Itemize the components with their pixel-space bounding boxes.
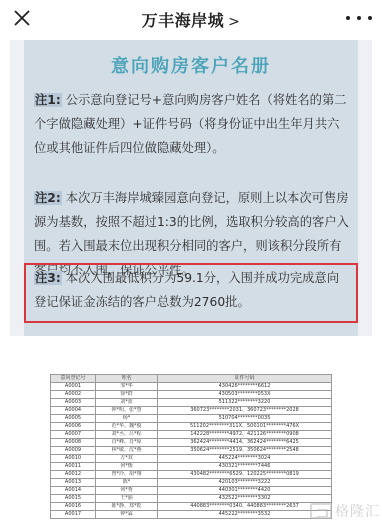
name-cell: 肖*峰、肖*琼	[96, 439, 158, 447]
more-dot-icon	[346, 16, 350, 20]
table-row: A0005杨*510704********0035	[51, 415, 332, 423]
note-text: 本次入围最低积分为59.1分，入围并成功完成意向登记保证金冻结的客户总数为276…	[34, 271, 339, 309]
note-label: 注1:	[34, 93, 62, 107]
table-row: A0002徐*群430503********053X	[51, 391, 332, 399]
more-dot-icon	[368, 16, 372, 20]
id-no-cell: 440883********0340、440883********2637	[158, 503, 332, 511]
chevron-right-icon: >	[228, 14, 240, 30]
name-cell: 钟*霖	[96, 511, 158, 519]
reg-no-cell: A0011	[51, 463, 96, 471]
id-no-cell: 511322********3220	[158, 399, 332, 407]
id-no-cell: 420103********3222	[158, 479, 332, 487]
name-cell: 方*双	[96, 455, 158, 463]
reg-no-cell: A0009	[51, 447, 96, 455]
name-cell: 何*秀	[96, 487, 158, 495]
more-menu-button[interactable]	[346, 8, 372, 28]
reg-no-cell: A0010	[51, 455, 96, 463]
watermark-logo-icon	[310, 503, 332, 519]
id-no-cell: 142228********4972、421126********0908	[158, 431, 332, 439]
header-name: 姓名	[96, 375, 158, 383]
reg-no-cell: A0017	[51, 511, 96, 519]
card-title: 意向购房客户名册	[24, 52, 358, 78]
id-no-cell: 430321********7446	[158, 463, 332, 471]
name-cell: 陈*	[96, 479, 158, 487]
reg-no-cell: A0006	[51, 423, 96, 431]
top-nav-bar: 万丰海岸城>	[0, 0, 382, 38]
table-row: A0017钟*霖445222********3532	[51, 511, 332, 519]
table-row: A0009林*敏、沈*燕350624********2519、350624***…	[51, 447, 332, 455]
table-row: A0010方*双445224********3024	[51, 455, 332, 463]
reg-no-cell: A0008	[51, 439, 96, 447]
reg-no-cell: A0002	[51, 391, 96, 399]
reg-no-cell: A0015	[51, 495, 96, 503]
table-row: A0008肖*峰、肖*琼362424********4414、362424***…	[51, 439, 332, 447]
reg-no-cell: A0003	[51, 399, 96, 407]
name-cell: 邹*华	[96, 383, 158, 391]
table-row: A0006范*华、魏*俊511202********311X、500101***…	[51, 423, 332, 431]
note-text: 公示意向登记号+意向购房客户姓名（将姓名的第二个字做隐藏处理）+证件号码（将身份…	[34, 93, 347, 155]
name-cell: 曾*玲、胡*翔	[96, 471, 158, 479]
id-no-cell: 360723********2031、360723********2028	[158, 407, 332, 415]
id-no-cell: 440301********4420	[158, 487, 332, 495]
name-cell: 刘*蓝	[96, 399, 158, 407]
reg-no-cell: A0016	[51, 503, 96, 511]
reg-no-cell: A0007	[51, 431, 96, 439]
header-reg-no: 意向登记号	[51, 375, 96, 383]
name-cell: 钟*明、张*慧	[96, 407, 158, 415]
note-3: 注3: 本次入围最低积分为59.1分，入围并成功完成意向登记保证金冻结的客户总数…	[34, 266, 350, 314]
id-no-cell: 445224********3024	[158, 455, 332, 463]
id-no-cell: 510704********0035	[158, 415, 332, 423]
table-row: A0003刘*蓝511322********3220	[51, 399, 332, 407]
reg-no-cell: A0001	[51, 383, 96, 391]
id-no-cell: 430482********6529、120225********0819	[158, 471, 332, 479]
page-title-text: 万丰海岸城	[142, 11, 225, 30]
reg-no-cell: A0005	[51, 415, 96, 423]
name-cell: 何*衡	[96, 463, 158, 471]
id-no-cell: 350624********2519、350624********2548	[158, 447, 332, 455]
id-no-cell: 362424********4414、362424********6425	[158, 439, 332, 447]
customer-list-table: 意向登记号 姓名 证件号码 A0001邹*华430426********6612…	[50, 374, 331, 519]
table-row: A0015王*丽432522********3302	[51, 495, 332, 503]
reg-no-cell: A0004	[51, 407, 96, 415]
more-dot-icon	[357, 16, 361, 20]
name-cell: 林*敏、沈*燕	[96, 447, 158, 455]
note-label: 注3:	[34, 271, 62, 285]
table-row: A0004钟*明、张*慧360723********2031、360723***…	[51, 407, 332, 415]
name-cell: 刘*丞、吕*程	[96, 431, 158, 439]
table-row: A0011何*衡430321********7446	[51, 463, 332, 471]
name-cell: 杨*	[96, 415, 158, 423]
reg-no-cell: A0014	[51, 487, 96, 495]
table-row: A0001邹*华430426********6612	[51, 383, 332, 391]
note-1: 注1: 公示意向登记号+意向购房客户姓名（将姓名的第二个字做隐藏处理）+证件号码…	[34, 88, 350, 160]
reg-no-cell: A0013	[51, 479, 96, 487]
name-cell: 王*丽	[96, 495, 158, 503]
name-cell: 陈*静、郑*乾	[96, 503, 158, 511]
id-no-cell: 430426********6612	[158, 383, 332, 391]
header-id-no: 证件号码	[158, 375, 332, 383]
id-no-cell: 445222********3532	[158, 511, 332, 519]
table-header-row: 意向登记号 姓名 证件号码	[51, 375, 332, 383]
table-row: A0012曾*玲、胡*翔430482********6529、120225***…	[51, 471, 332, 479]
id-no-cell: 430503********053X	[158, 391, 332, 399]
note-label: 注2:	[34, 191, 62, 205]
name-cell: 范*华、魏*俊	[96, 423, 158, 431]
table-row: A0016陈*静、郑*乾440883********0340、440883***…	[51, 503, 332, 511]
table-row: A0013陈*420103********3222	[51, 479, 332, 487]
reg-no-cell: A0012	[51, 471, 96, 479]
id-no-cell: 511202********311X、500101********476X	[158, 423, 332, 431]
id-no-cell: 432522********3302	[158, 495, 332, 503]
watermark-text: 格隆汇	[335, 501, 380, 521]
name-cell: 徐*群	[96, 391, 158, 399]
page-title[interactable]: 万丰海岸城>	[0, 8, 382, 31]
table-row: A0007刘*丞、吕*程142228********4972、421126***…	[51, 431, 332, 439]
table-row: A0014何*秀440301********4420	[51, 487, 332, 495]
watermark: 格隆汇	[310, 501, 380, 521]
